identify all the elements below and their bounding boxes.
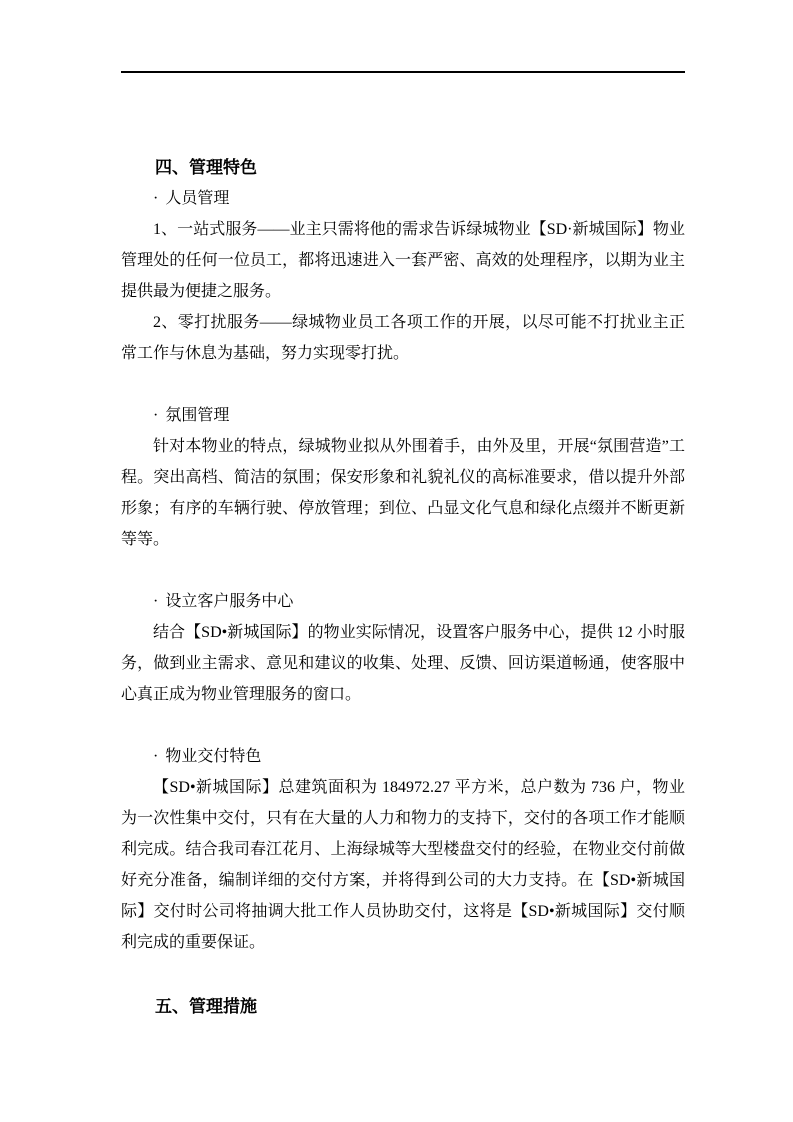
bullet-item-property-delivery: ·物业交付特色 [121, 741, 685, 772]
bullet-dot-icon: · [153, 741, 158, 772]
bullet-dot-icon: · [153, 586, 158, 617]
bullet-label: 人员管理 [165, 190, 229, 207]
paragraph-customer-service-center: 结合【SD•新城国际】的物业实际情况，设置客户服务中心，提供 12 小时服务，做… [121, 617, 685, 710]
header-rule [121, 71, 685, 73]
document-page: 四、管理特色 ·人员管理 1、一站式服务——业主只需将他的需求告诉绿城物业【SD… [0, 0, 793, 1122]
bullet-dot-icon: · [153, 400, 158, 431]
paragraph-atmosphere-building: 针对本物业的特点，绿城物业拟从外围着手，由外及里，开展“氛围营造”工程。突出高档… [121, 431, 685, 555]
section-heading-management-features: 四、管理特色 [121, 152, 685, 183]
bullet-item-customer-service-center: ·设立客户服务中心 [121, 586, 685, 617]
bullet-dot-icon: · [153, 183, 158, 214]
paragraph-property-delivery: 【SD•新城国际】总建筑面积为 184972.27 平方米，总户数为 736 户… [121, 772, 685, 958]
bullet-label: 物业交付特色 [165, 748, 261, 765]
bullet-item-personnel-management: ·人员管理 [121, 183, 685, 214]
bullet-label: 设立客户服务中心 [165, 593, 293, 610]
bullet-label: 氛围管理 [165, 407, 229, 424]
section-heading-management-measures: 五、管理措施 [121, 991, 685, 1022]
paragraph-one-stop-service: 1、一站式服务——业主只需将他的需求告诉绿城物业【SD·新城国际】物业管理处的任… [121, 214, 685, 307]
bullet-item-atmosphere-management: ·氛围管理 [121, 400, 685, 431]
document-body: 四、管理特色 ·人员管理 1、一站式服务——业主只需将他的需求告诉绿城物业【SD… [121, 152, 685, 1022]
paragraph-zero-disturbance: 2、零打扰服务——绿城物业员工各项工作的开展，以尽可能不打扰业主正常工作与休息为… [121, 307, 685, 369]
